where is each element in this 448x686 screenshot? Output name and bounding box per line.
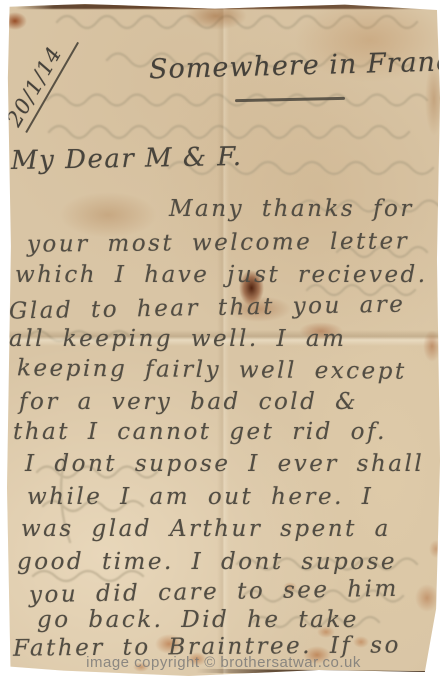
letter-salutation: My Dear M & F.	[11, 142, 243, 176]
letter-line: good time. I dont supose	[17, 549, 397, 575]
letter-line: while I am out here. I	[27, 484, 373, 510]
letter-photo: 20/1/14 Somewhere in France. My Dear M &…	[0, 0, 448, 686]
letter-line: your most welcome letter	[27, 228, 409, 257]
letter-line: which I have just recieved.	[15, 262, 428, 288]
letter-line: that I cannot get rid of.	[13, 419, 387, 445]
letter-line: for a very bad cold &	[19, 389, 358, 415]
letter-line: go back. Did he take	[37, 607, 359, 633]
letter-paper: 20/1/14 Somewhere in France. My Dear M &…	[7, 4, 440, 676]
copyright-watermark: image copyright © brothersatwar.co.uk	[7, 654, 440, 671]
letter-line: keeping fairly well except	[17, 355, 407, 384]
letter-line: Many thanks for	[169, 196, 414, 222]
letter-line: was glad Arthur spent a	[21, 516, 391, 542]
rust-stain	[415, 584, 439, 612]
rust-stain	[429, 540, 440, 558]
letter-line: all keeping well. I am	[9, 326, 346, 352]
rust-stain	[423, 330, 440, 362]
letter-line: I dont supose I ever shall	[25, 451, 424, 477]
